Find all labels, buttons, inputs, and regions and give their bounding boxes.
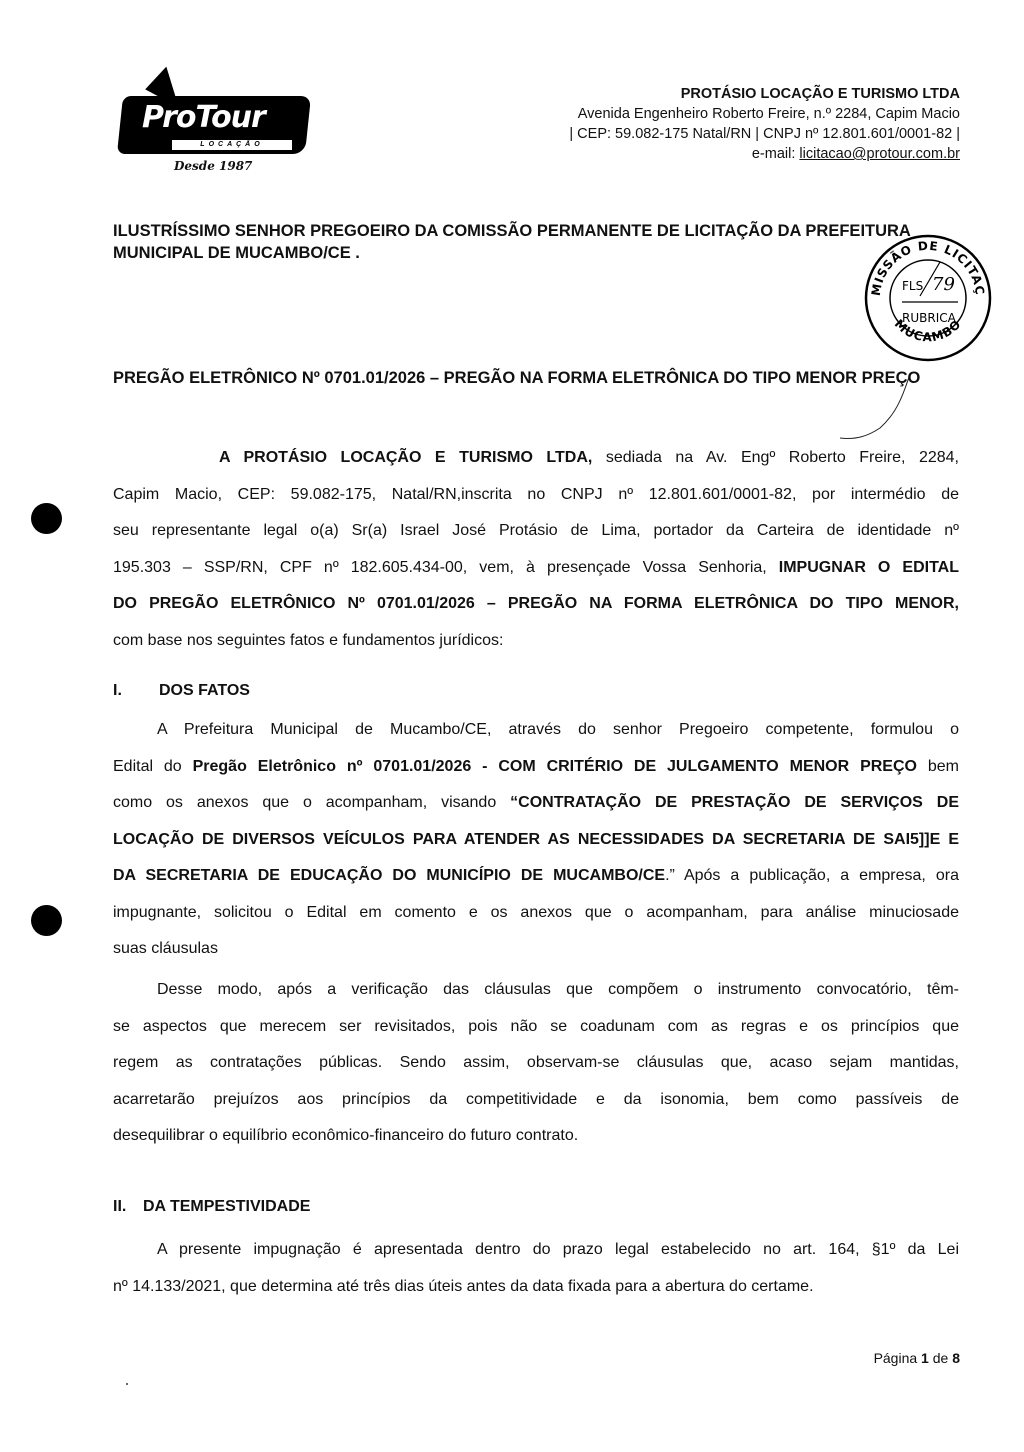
email-link[interactable]: licitacao@protour.com.br bbox=[799, 146, 960, 162]
stamp-seal-icon: COMISSÃO DE LICITAÇÃO MUCAMBO FLS 79 RUB… bbox=[862, 232, 994, 364]
s1p2-line-4: acarretarão prejuízos aos princípios da … bbox=[113, 1082, 959, 1119]
addressee: ILUSTRÍSSIMO SENHOR PREGOEIRO DA COMISSÃ… bbox=[113, 220, 959, 264]
letterhead-address: Avenida Engenheiro Roberto Freire, n.º 2… bbox=[569, 104, 960, 124]
svg-text:79: 79 bbox=[932, 274, 955, 295]
section-1-paragraph-1: A Prefeitura Municipal de Mucambo/CE, at… bbox=[113, 712, 959, 968]
intro-line-1: A PROTÁSIO LOCAÇÃO E TURISMO LTDA, sedia… bbox=[113, 440, 959, 477]
section-2-heading: II.DA TEMPESTIVIDADE bbox=[113, 1198, 310, 1216]
section-1-paragraph-2: Desse modo, após a verificação das cláus… bbox=[113, 972, 959, 1155]
s1p1-line-2: Edital do Pregão Eletrônico nº 0701.01/2… bbox=[113, 749, 959, 786]
addressee-line-2: MUNICIPAL DE MUCAMBO/CE . bbox=[113, 242, 959, 264]
section-1-heading: I.DOS FATOS bbox=[113, 682, 250, 700]
logo-brand: ProTour bbox=[142, 100, 265, 135]
intro-line-2: Capim Macio, CEP: 59.082-175, Natal/RN,i… bbox=[113, 477, 959, 514]
section-2-paragraph-1: A presente impugnação é apresentada dent… bbox=[113, 1232, 959, 1305]
punch-hole-bottom bbox=[31, 905, 62, 936]
s2p1-line-1: A presente impugnação é apresentada dent… bbox=[113, 1232, 959, 1269]
intro-paragraph: A PROTÁSIO LOCAÇÃO E TURISMO LTDA, sedia… bbox=[113, 440, 959, 659]
logo-since: Desde 1987 bbox=[174, 159, 252, 173]
document-page: ProTour LOCAÇÃO Desde 1987 PROTÁSIO LOCA… bbox=[0, 0, 1024, 1452]
s2p1-line-2: nº 14.133/2021, que determina até três d… bbox=[113, 1269, 959, 1306]
logo-tagline: LOCAÇÃO bbox=[172, 140, 292, 150]
scan-speck bbox=[126, 1383, 128, 1385]
letterhead: PROTÁSIO LOCAÇÃO E TURISMO LTDA Avenida … bbox=[569, 84, 960, 164]
s1p1-line-3: como os anexos que o acompanham, visando… bbox=[113, 785, 959, 822]
letterhead-email-row: e-mail: licitacao@protour.com.br bbox=[569, 144, 960, 164]
s1p2-line-1: Desse modo, após a verificação das cláus… bbox=[113, 972, 959, 1009]
svg-text:RUBRICA: RUBRICA bbox=[902, 311, 957, 325]
pregao-title: PREGÃO ELETRÔNICO Nº 0701.01/2026 – PREG… bbox=[113, 368, 959, 388]
intro-line-5: DO PREGÃO ELETRÔNICO Nº 0701.01/2026 – P… bbox=[113, 586, 959, 623]
s1p2-line-2: se aspectos que merecem ser revisitados,… bbox=[113, 1009, 959, 1046]
section-1-number: I. bbox=[113, 682, 159, 700]
addressee-line-1: ILUSTRÍSSIMO SENHOR PREGOEIRO DA COMISSÃ… bbox=[113, 220, 959, 242]
section-2-number: II. bbox=[113, 1198, 143, 1216]
s1p1-line-4: LOCAÇÃO DE DIVERSOS VEÍCULOS PARA ATENDE… bbox=[113, 822, 959, 859]
email-label: e-mail: bbox=[752, 146, 800, 162]
s1p2-line-5: desequilibrar o equilíbrio econômico-fin… bbox=[113, 1118, 959, 1155]
s1p1-line-7: suas cláusulas bbox=[113, 931, 959, 968]
s1p1-line-6: impugnante, solicitou o Edital em coment… bbox=[113, 895, 959, 932]
s1p1-line-5: DA SECRETARIA DE EDUCAÇÃO DO MUNICÍPIO D… bbox=[113, 858, 959, 895]
punch-hole-top bbox=[31, 503, 62, 534]
page-number: Página 1 de 8 bbox=[874, 1350, 960, 1366]
protour-logo: ProTour LOCAÇÃO Desde 1987 bbox=[112, 68, 312, 178]
intro-line-3: seu representante legal o(a) Sr(a) Israe… bbox=[113, 513, 959, 550]
letterhead-company: PROTÁSIO LOCAÇÃO E TURISMO LTDA bbox=[569, 84, 960, 104]
s1p2-line-3: regem as contratações públicas. Sendo as… bbox=[113, 1045, 959, 1082]
section-2-title: DA TEMPESTIVIDADE bbox=[143, 1198, 310, 1215]
letterhead-registry: | CEP: 59.082-175 Natal/RN | CNPJ nº 12.… bbox=[569, 124, 960, 144]
commission-stamp: COMISSÃO DE LICITAÇÃO MUCAMBO FLS 79 RUB… bbox=[862, 232, 994, 364]
intro-line-4: 195.303 – SSP/RN, CPF nº 182.605.434-00,… bbox=[113, 550, 959, 587]
intro-line-6: com base nos seguintes fatos e fundament… bbox=[113, 623, 959, 660]
svg-text:FLS: FLS bbox=[902, 279, 923, 293]
s1p1-line-1: A Prefeitura Municipal de Mucambo/CE, at… bbox=[113, 712, 959, 749]
section-1-title: DOS FATOS bbox=[159, 682, 250, 699]
